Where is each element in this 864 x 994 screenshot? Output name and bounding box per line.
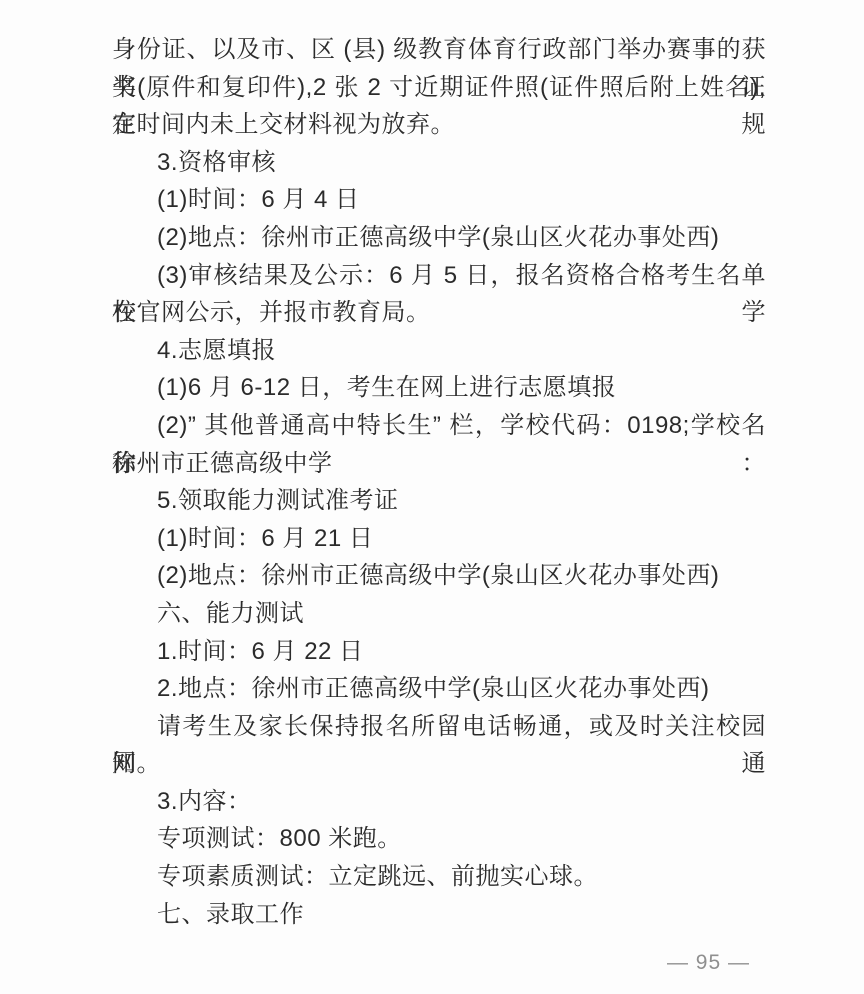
text-line: (3)审核结果及公示：6 月 5 日，报名资格合格考生名单在学 [112, 257, 766, 295]
document-page: 身份证、以及市、区 (县) 级教育体育行政部门举办赛事的获奖证书(原件和复印件)… [0, 0, 864, 994]
text-line: (1)时间：6 月 4 日 [112, 181, 766, 219]
text-line: 5.领取能力测试准考证 [112, 482, 766, 520]
text-line: 专项测试：800 米跑。 [112, 820, 766, 858]
text-line: (2)地点：徐州市正德高级中学(泉山区火花办事处西) [112, 219, 766, 257]
text-line: 3.内容： [112, 783, 766, 821]
text-line: 书(原件和复印件),2 张 2 寸近期证件照(证件照后附上姓名),在规 [112, 69, 766, 107]
document-body: 身份证、以及市、区 (县) 级教育体育行政部门举办赛事的获奖证书(原件和复印件)… [112, 31, 766, 933]
text-line: 4.志愿填报 [112, 332, 766, 370]
text-line: 1.时间：6 月 22 日 [112, 633, 766, 671]
text-line: (2)” 其他普通高中特长生” 栏，学校代码：0198;学校名称： [112, 407, 766, 445]
text-line: 专项素质测试：立定跳远、前抛实心球。 [112, 858, 766, 896]
text-line: 七、录取工作 [112, 896, 766, 934]
text-line: 2.地点：徐州市正德高级中学(泉山区火花办事处西) [112, 670, 766, 708]
page-number: — 95 — [667, 950, 750, 976]
text-line: 六、能力测试 [112, 595, 766, 633]
text-line: (1)时间：6 月 21 日 [112, 520, 766, 558]
text-line: (1)6 月 6-12 日，考生在网上进行志愿填报 [112, 369, 766, 407]
text-line: 3.资格审核 [112, 144, 766, 182]
text-line: 身份证、以及市、区 (县) 级教育体育行政部门举办赛事的获奖证 [112, 31, 766, 69]
text-line: 请考生及家长保持报名所留电话畅通，或及时关注校园网通 [112, 708, 766, 746]
text-line: (2)地点：徐州市正德高级中学(泉山区火花办事处西) [112, 557, 766, 595]
